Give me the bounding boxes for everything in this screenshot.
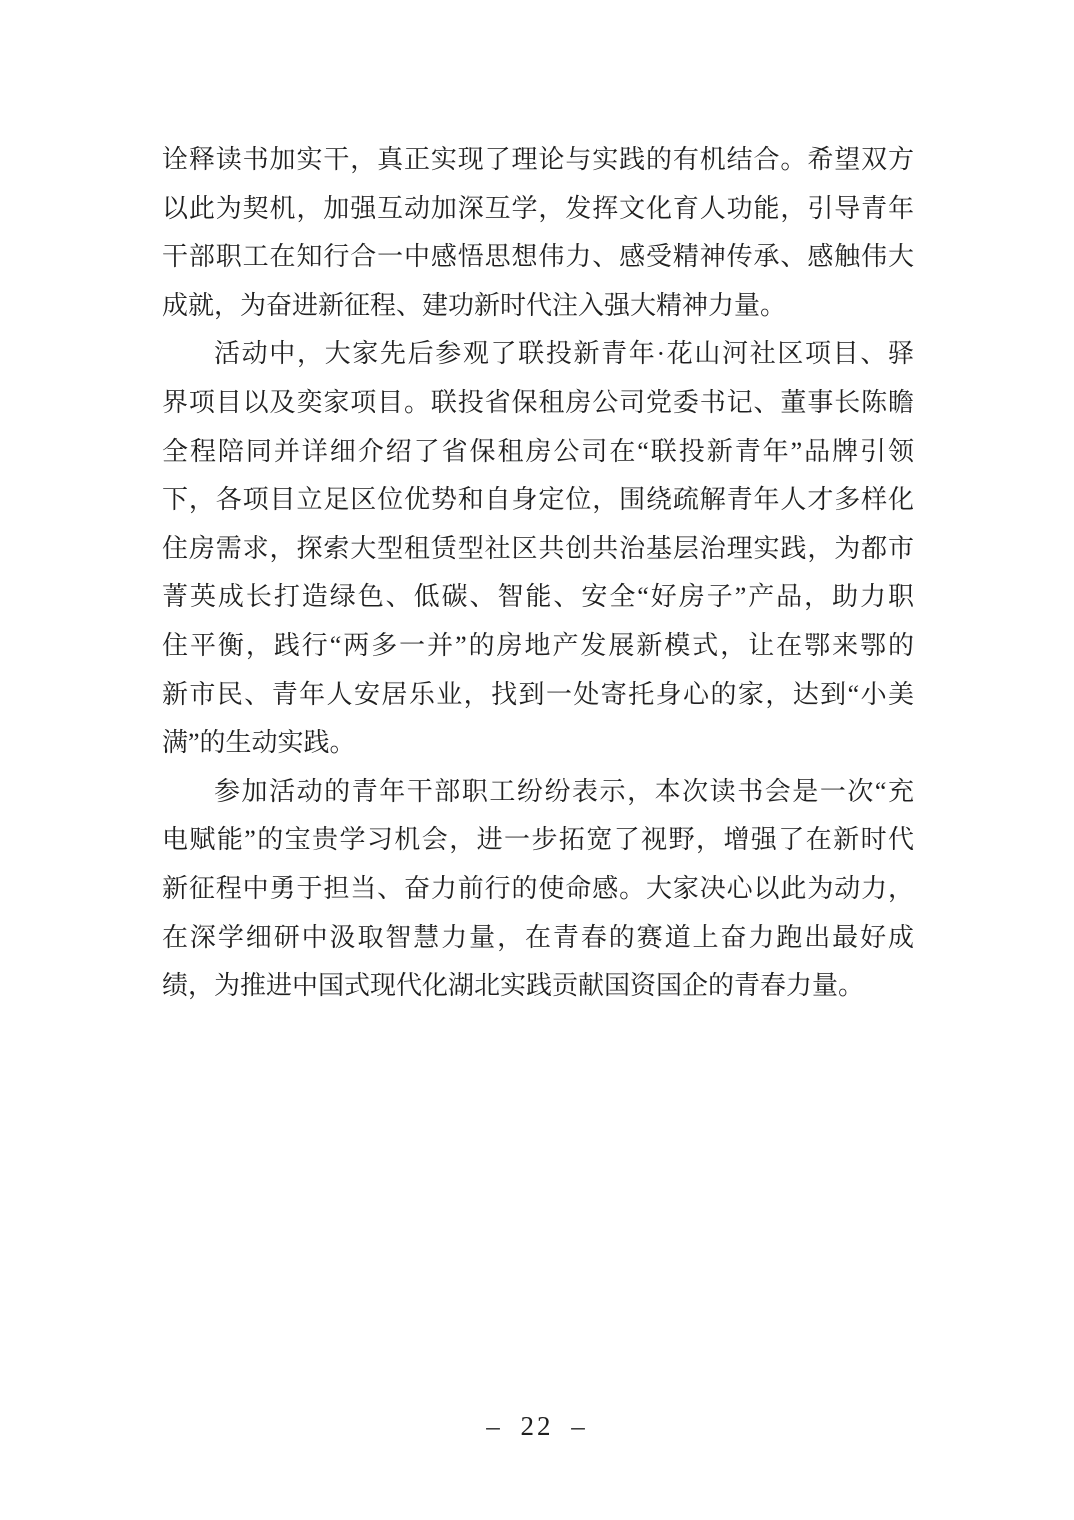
text-line: 参加活动的青年干部职工纷纷表示，本次读书会是一次“充	[162, 768, 914, 817]
text-line: 下，各项目立足区位优势和自身定位，围绕疏解青年人才多样化	[162, 476, 914, 525]
text-line: 诠释读书加实干，真正实现了理论与实践的有机结合。希望双方	[162, 136, 914, 185]
text-line: 绩，为推进中国式现代化湖北实践贡献国资国企的青春力量。	[162, 962, 914, 1011]
text-line: 新市民、青年人安居乐业，找到一处寄托身心的家，达到“小美	[162, 671, 914, 720]
text-line: 干部职工在知行合一中感悟思想伟力、感受精神传承、感触伟大	[162, 233, 914, 282]
page-number: – 22 –	[0, 1404, 1074, 1448]
paragraph: 活动中，大家先后参观了联投新青年·花山河社区项目、驿界项目以及奕家项目。联投省保…	[162, 330, 914, 767]
text-line: 界项目以及奕家项目。联投省保租房公司党委书记、董事长陈瞻	[162, 379, 914, 428]
text-line: 成就，为奋进新征程、建功新时代注入强大精神力量。	[162, 282, 914, 331]
text-line: 全程陪同并详细介绍了省保租房公司在“联投新青年”品牌引领	[162, 428, 914, 477]
text-line: 电赋能”的宝贵学习机会，进一步拓宽了视野，增强了在新时代	[162, 816, 914, 865]
text-line: 新征程中勇于担当、奋力前行的使命感。大家决心以此为动力，	[162, 865, 914, 914]
text-line: 在深学细研中汲取智慧力量，在青春的赛道上奋力跑出最好成	[162, 914, 914, 963]
text-line: 住平衡，践行“两多一并”的房地产发展新模式，让在鄂来鄂的	[162, 622, 914, 671]
text-line: 住房需求，探索大型租赁型社区共创共治基层治理实践，为都市	[162, 525, 914, 574]
paragraph: 诠释读书加实干，真正实现了理论与实践的有机结合。希望双方以此为契机，加强互动加深…	[162, 136, 914, 330]
paragraph: 参加活动的青年干部职工纷纷表示，本次读书会是一次“充电赋能”的宝贵学习机会，进一…	[162, 768, 914, 1011]
text-line: 活动中，大家先后参观了联投新青年·花山河社区项目、驿	[162, 330, 914, 379]
text-line: 菁英成长打造绿色、低碳、智能、安全“好房子”产品，助力职	[162, 573, 914, 622]
text-line: 以此为契机，加强互动加深互学，发挥文化育人功能，引导青年	[162, 185, 914, 234]
document-page: 诠释读书加实干，真正实现了理论与实践的有机结合。希望双方以此为契机，加强互动加深…	[0, 0, 1074, 1520]
document-body: 诠释读书加实干，真正实现了理论与实践的有机结合。希望双方以此为契机，加强互动加深…	[162, 136, 914, 1011]
text-line: 满”的生动实践。	[162, 719, 914, 768]
